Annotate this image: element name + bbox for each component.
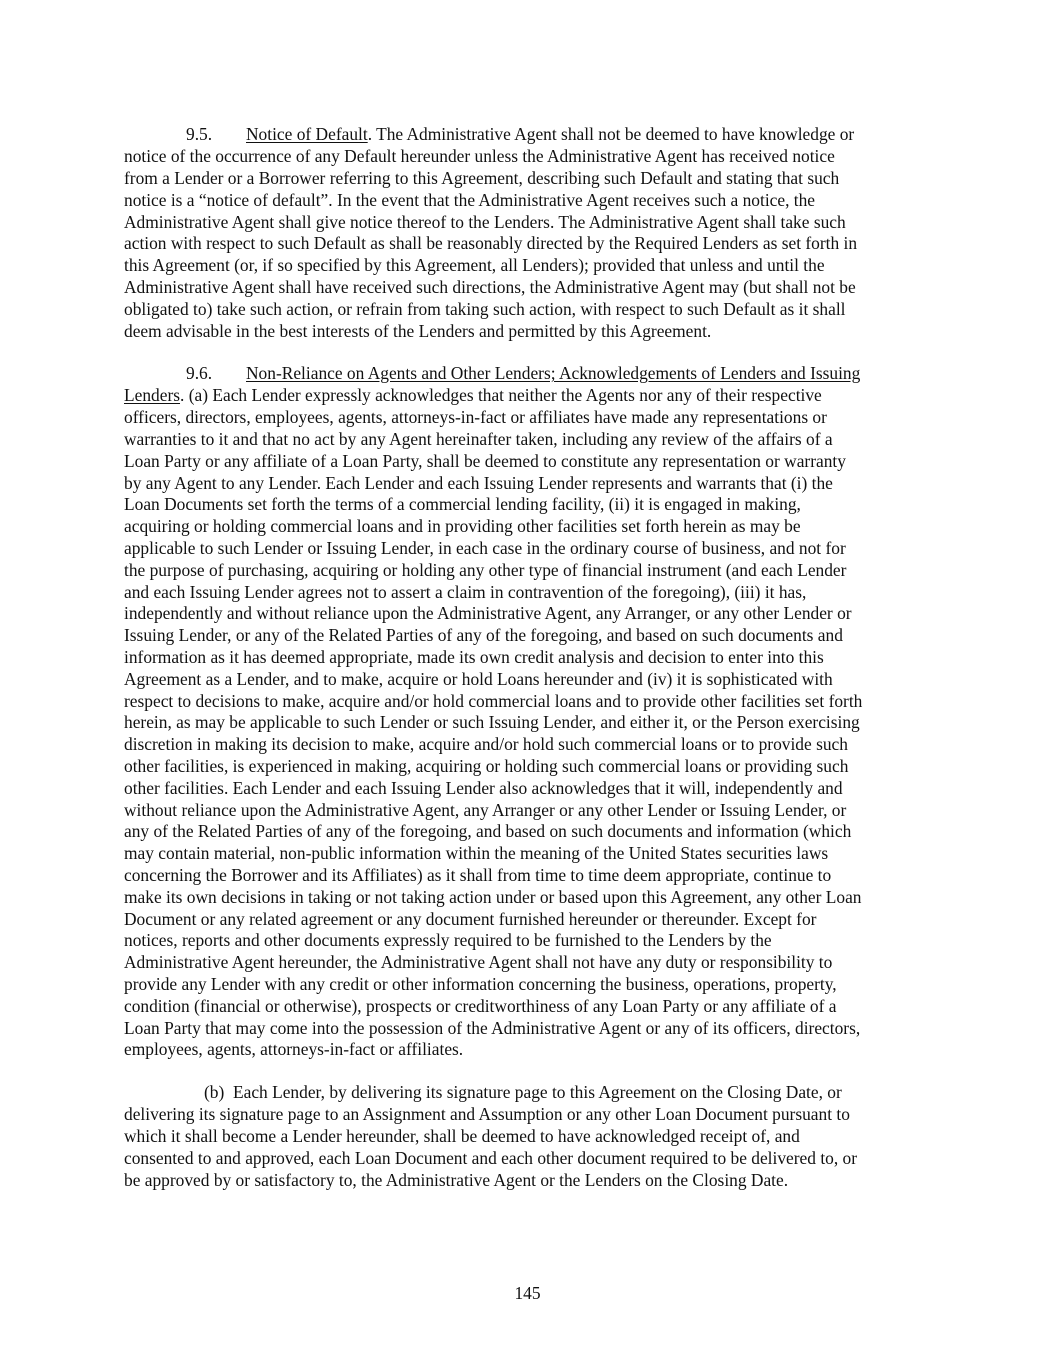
text-line: which it shall become a Lender hereunder…	[124, 1126, 800, 1148]
text-line: may contain material, non-public informa…	[124, 843, 828, 865]
section-heading-line: Lenders. (a) Each Lender expressly ackno…	[124, 385, 822, 407]
text-line: consented to and approved, each Loan Doc…	[124, 1148, 857, 1170]
document-page: 9.5.Notice of Default. The Administrativ…	[0, 0, 1055, 1365]
text-line: without reliance upon the Administrative…	[124, 800, 846, 822]
paragraph-first-line: (b) Each Lender, by delivering its signa…	[204, 1082, 842, 1104]
text-line: and each Issuing Lender agrees not to as…	[124, 582, 806, 604]
text-line: Issuing Lender, or any of the Related Pa…	[124, 625, 843, 647]
text-line: Loan Party that may come into the posses…	[124, 1018, 860, 1040]
section-number: 9.6.	[186, 363, 246, 385]
text-line: the purpose of purchasing, acquiring or …	[124, 560, 846, 582]
page-number: 145	[0, 1283, 1055, 1303]
text-line: notices, reports and other documents exp…	[124, 930, 772, 952]
text-line: notice is a “notice of default”. In the …	[124, 190, 815, 212]
text-line: concerning the Borrower and its Affiliat…	[124, 865, 831, 887]
text-line: herein, as may be applicable to such Len…	[124, 712, 860, 734]
paragraph-label: (b)	[204, 1082, 224, 1102]
text-line: Document or any related agreement or any…	[124, 909, 816, 931]
text-line: provide any Lender with any credit or ot…	[124, 974, 837, 996]
text-line: discretion in making its decision to mak…	[124, 734, 848, 756]
text-line: . (a) Each Lender expressly acknowledges…	[180, 385, 822, 405]
section-heading-line: 9.6.Non-Reliance on Agents and Other Len…	[186, 363, 860, 385]
text-line: applicable to such Lender or Issuing Len…	[124, 538, 846, 560]
section-heading: Notice of Default	[246, 124, 368, 144]
text-line: officers, directors, employees, agents, …	[124, 407, 827, 429]
text-line: condition (financial or otherwise), pros…	[124, 996, 836, 1018]
text-line: . The Administrative Agent shall not be …	[368, 124, 855, 144]
text-line: obligated to) take such action, or refra…	[124, 299, 846, 321]
text-line: Agreement as a Lender, and to make, acqu…	[124, 669, 833, 691]
section-number: 9.5.	[186, 124, 246, 146]
text-line: Loan Documents set forth the terms of a …	[124, 494, 801, 516]
text-line: respect to decisions to make, acquire an…	[124, 691, 862, 713]
text-line: by any Agent to any Lender. Each Lender …	[124, 473, 833, 495]
text-line: action with respect to such Default as s…	[124, 233, 857, 255]
text-line: be approved by or satisfactory to, the A…	[124, 1170, 788, 1192]
text-line: employees, agents, attorneys-in-fact or …	[124, 1039, 463, 1061]
text-line: warranties to it and that no act by any …	[124, 429, 833, 451]
text-line: from a Lender or a Borrower referring to…	[124, 168, 839, 190]
text-line: information as it has deemed appropriate…	[124, 647, 824, 669]
text-line: independently and without reliance upon …	[124, 603, 852, 625]
text-line: delivering its signature page to an Assi…	[124, 1104, 850, 1126]
text-line: any of the Related Parties of any of the…	[124, 821, 851, 843]
text-line: other facilities, is experienced in maki…	[124, 756, 848, 778]
text-line: notice of the occurrence of any Default …	[124, 146, 835, 168]
section-heading-continued: Lenders	[124, 385, 180, 405]
text-line: Each Lender, by delivering its signature…	[233, 1082, 842, 1102]
section-heading: Non-Reliance on Agents and Other Lenders…	[246, 363, 860, 383]
text-line: other facilities. Each Lender and each I…	[124, 778, 843, 800]
text-line: Administrative Agent hereunder, the Admi…	[124, 952, 832, 974]
section-heading-line: 9.5.Notice of Default. The Administrativ…	[186, 124, 854, 146]
text-line: Loan Party or any affiliate of a Loan Pa…	[124, 451, 846, 473]
text-line: this Agreement (or, if so specified by t…	[124, 255, 825, 277]
text-line: Administrative Agent shall have received…	[124, 277, 856, 299]
text-line: Administrative Agent shall give notice t…	[124, 212, 846, 234]
text-line: make its own decisions in taking or not …	[124, 887, 862, 909]
text-line: acquiring or holding commercial loans an…	[124, 516, 801, 538]
text-line: deem advisable in the best interests of …	[124, 321, 711, 343]
